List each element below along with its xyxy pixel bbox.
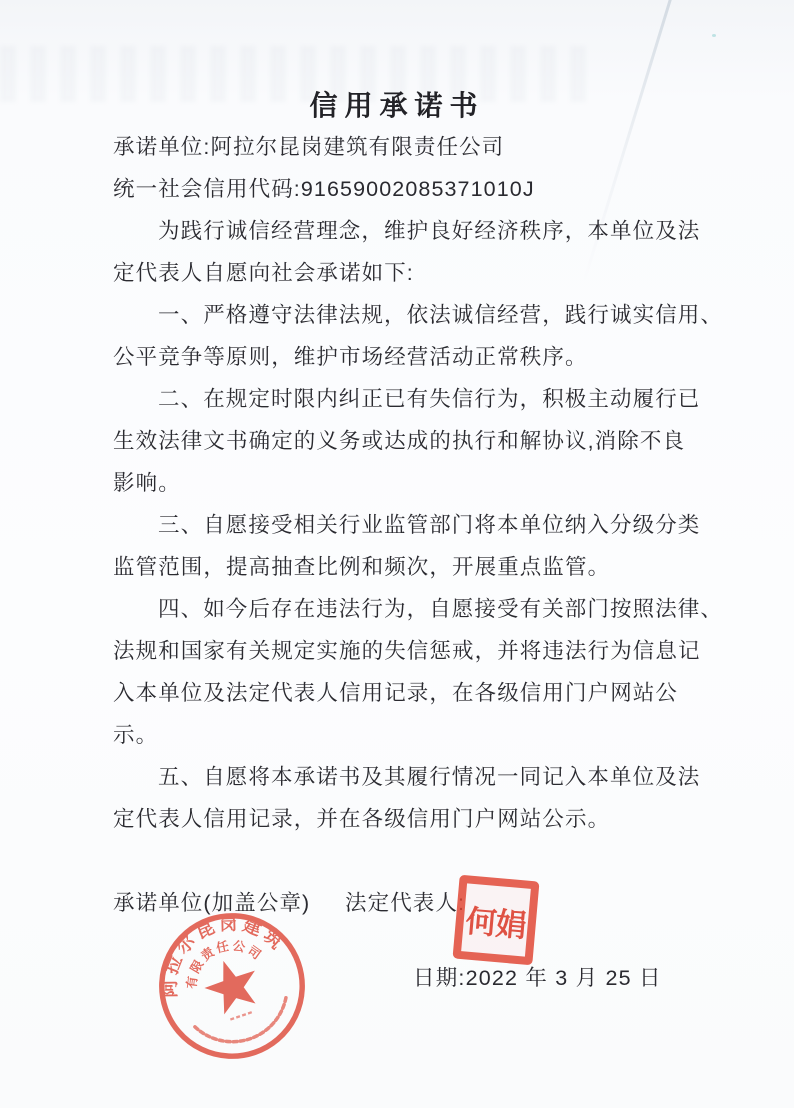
personal-seal-name: 何娟: [464, 895, 528, 945]
body-line: 四、如今后存在违法行为，自愿接受有关部门按照法律、: [113, 588, 691, 630]
body-line: 定代表人信用记录，并在各级信用门户网站公示。: [113, 798, 691, 840]
scanned-document-page: 信用承诺书 承诺单位:阿拉尔昆岗建筑有限责任公司 统一社会信用代码:916590…: [0, 0, 794, 1108]
personal-name-seal: 何娟: [452, 875, 539, 966]
body-line: 入本单位及法定代表人信用记录，在各级信用门户网站公: [113, 672, 691, 714]
uyghur-script-arc: [195, 995, 296, 1054]
date-line: 日期:2022 年 3 月 25 日: [413, 961, 662, 992]
body-line: 生效法律文书确定的义务或达成的执行和解协议,消除不良: [113, 420, 691, 462]
signature-legal-rep-label: 法定代表人:: [345, 886, 465, 917]
body-line: 五、自愿将本承诺书及其履行情况一同记入本单位及法: [113, 756, 691, 798]
document-title: 信用承诺书: [0, 84, 794, 124]
header-unit-line: 承诺单位:阿拉尔昆岗建筑有限责任公司: [113, 126, 691, 168]
body-line: 为践行诚信经营理念，维护良好经济秩序，本单位及法: [113, 210, 691, 252]
body-line: 公平竞争等原则，维护市场经营活动正常秩序。: [113, 336, 691, 378]
body-line: 示。: [113, 714, 691, 756]
body-line: 监管范围，提高抽查比例和频次，开展重点监管。: [113, 546, 691, 588]
body-line: 三、自愿接受相关行业监管部门将本单位纳入分级分类: [113, 504, 691, 546]
body-line: 二、在规定时限内纠正已有失信行为，积极主动履行已: [113, 378, 691, 420]
document-text-block: 承诺单位:阿拉尔昆岗建筑有限责任公司 统一社会信用代码:916590020853…: [113, 126, 691, 840]
body-line: 一、严格遵守法律法规，依法诚信经营，践行诚实信用、: [113, 294, 691, 336]
header-credit-code-line: 统一社会信用代码:91659002085371010J: [113, 168, 691, 210]
signature-row: 承诺单位(加盖公章) 法定代表人:: [0, 886, 794, 916]
body-line: 影响。: [113, 462, 691, 504]
body-line: 法规和国家有关规定实施的失信惩戒，并将违法行为信息记: [113, 630, 691, 672]
scan-speck-artifact: [712, 34, 716, 37]
seal-serial-mark: [230, 1011, 254, 1019]
body-line: 定代表人自愿向社会承诺如下:: [113, 252, 691, 294]
